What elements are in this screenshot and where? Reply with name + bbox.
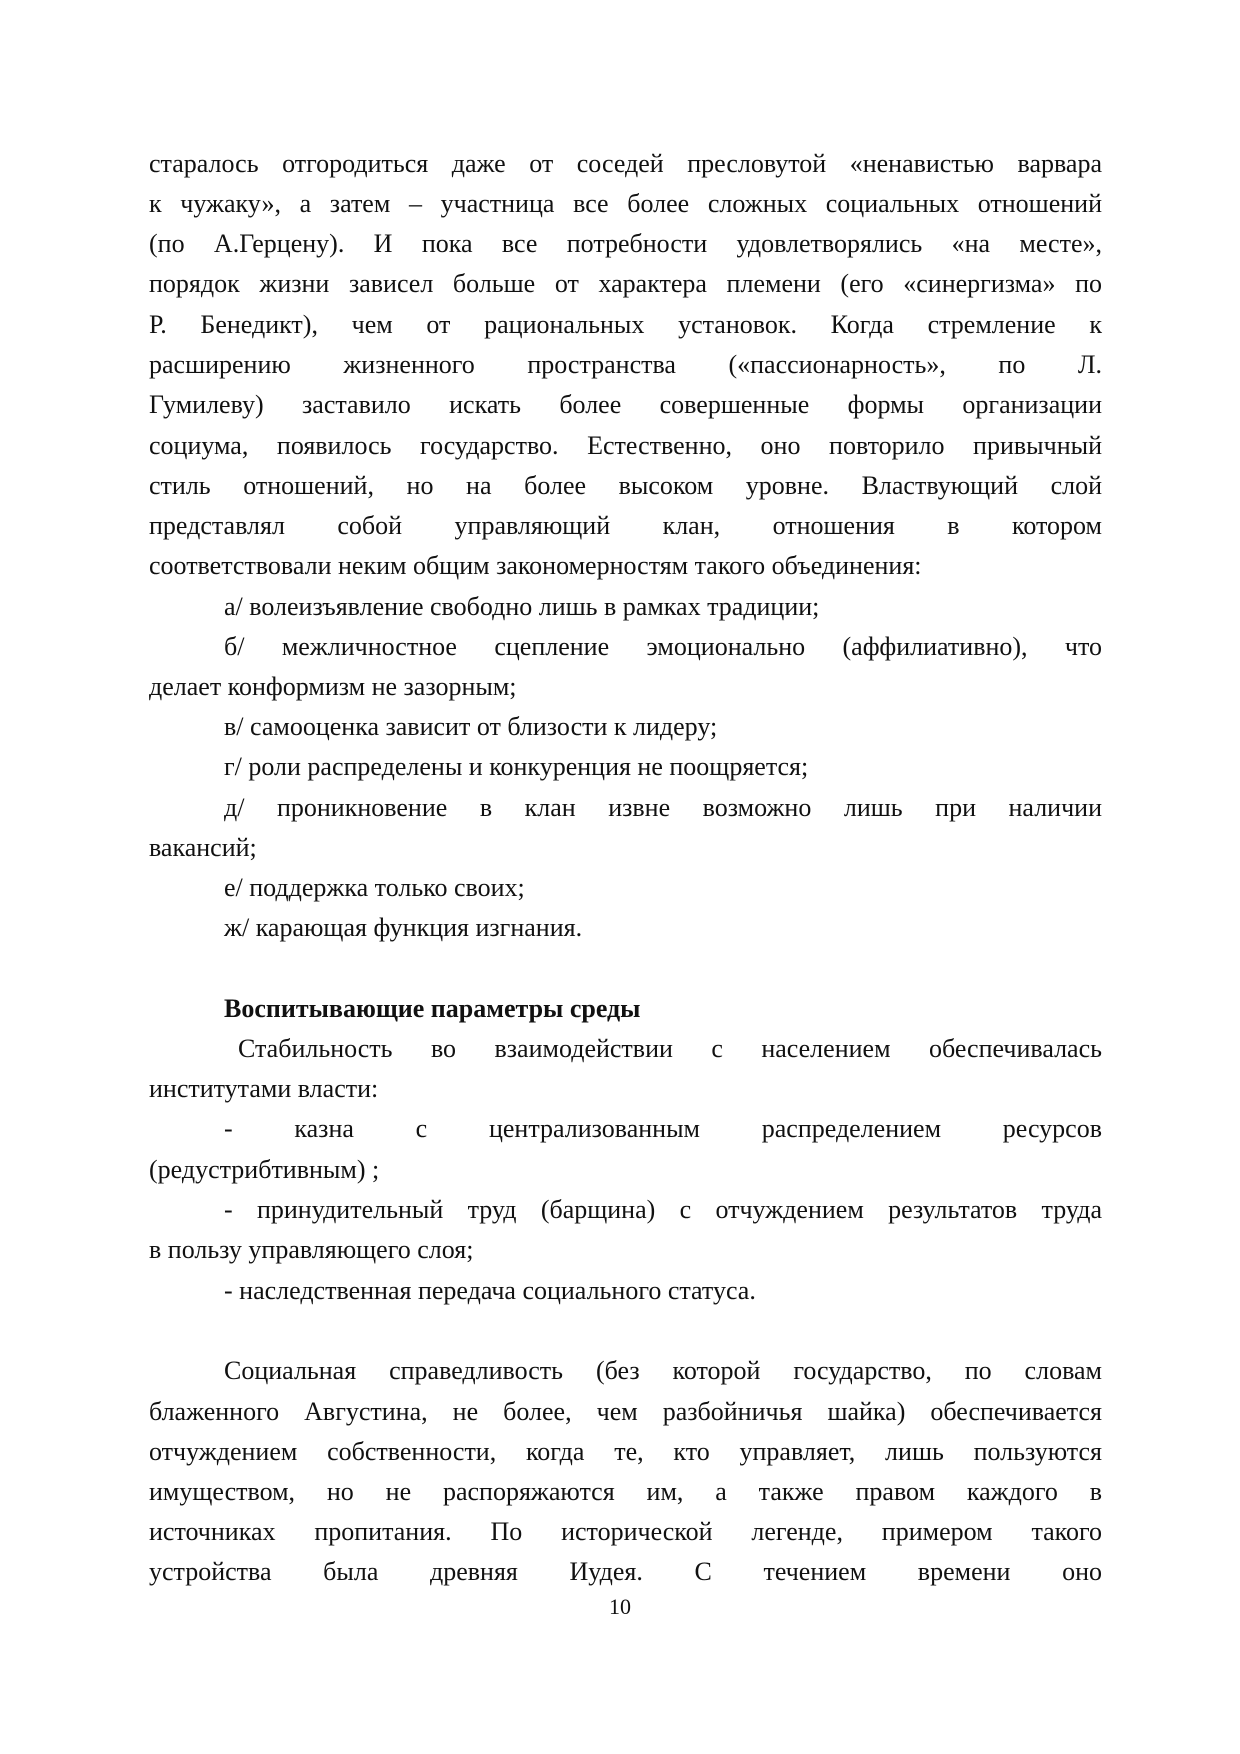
text-line: вакансий; xyxy=(149,830,1102,866)
text-line: социума, появилось государство. Естестве… xyxy=(149,428,1102,464)
text-line: стиль отношений, но на более высоком уро… xyxy=(149,468,1102,504)
text-line: Социальная справедливость (без которой г… xyxy=(224,1353,1102,1389)
text-line: а/ волеизъявление свободно лишь в рамках… xyxy=(224,589,1102,625)
text-line: порядок жизни зависел больше от характер… xyxy=(149,266,1102,302)
text-line: - наследственная передача социального ст… xyxy=(224,1273,1102,1309)
text-line: блаженного Августина, не более, чем разб… xyxy=(149,1394,1102,1430)
text-line: старалось отгородиться даже от соседей п… xyxy=(149,146,1102,182)
text-line: отчуждением собственности, когда те, кто… xyxy=(149,1434,1102,1470)
text-line: Стабильность во взаимодействии с населен… xyxy=(238,1031,1102,1067)
text-line: г/ роли распределены и конкуренция не по… xyxy=(224,749,1102,785)
text-line: институтами власти: xyxy=(149,1071,1102,1107)
text-line: в/ самооценка зависит от близости к лиде… xyxy=(224,709,1102,745)
text-line: соответствовали неким общим закономернос… xyxy=(149,548,1102,584)
text-line: (редустрибтивным) ; xyxy=(149,1152,1102,1188)
text-line: устройства была древняя Иудея. С течение… xyxy=(149,1554,1102,1590)
text-line: Р. Бенедикт), чем от рациональных устано… xyxy=(149,307,1102,343)
text-line: представлял собой управляющий клан, отно… xyxy=(149,508,1102,544)
text-line: делает конформизм не зазорным; xyxy=(149,669,1102,705)
text-line: источниках пропитания. По исторической л… xyxy=(149,1514,1102,1550)
text-line: Гумилеву) заставило искать более соверше… xyxy=(149,387,1102,423)
text-line: - принудительный труд (барщина) с отчужд… xyxy=(224,1192,1102,1228)
text-line: е/ поддержка только своих; xyxy=(224,870,1102,906)
text-line: расширению жизненного пространства («пас… xyxy=(149,347,1102,383)
page-number: 10 xyxy=(0,1594,1240,1620)
text-line: к чужаку», а затем – участница все более… xyxy=(149,186,1102,222)
text-line: имуществом, но не распоряжаются им, а та… xyxy=(149,1474,1102,1510)
text-line: - казна с централизованным распределение… xyxy=(224,1111,1102,1147)
text-line: в пользу управляющего слоя; xyxy=(149,1232,1102,1268)
text-line: б/ межличностное сцепление эмоционально … xyxy=(224,629,1102,665)
text-line: (по А.Герцену). И пока все потребности у… xyxy=(149,226,1102,262)
document-page: 10 старалось отгородиться даже от соседе… xyxy=(0,0,1240,1754)
text-line: ж/ карающая функция изгнания. xyxy=(224,910,1102,946)
section-heading: Воспитывающие параметры среды xyxy=(224,991,1102,1027)
text-line: д/ проникновение в клан извне возможно л… xyxy=(224,790,1102,826)
